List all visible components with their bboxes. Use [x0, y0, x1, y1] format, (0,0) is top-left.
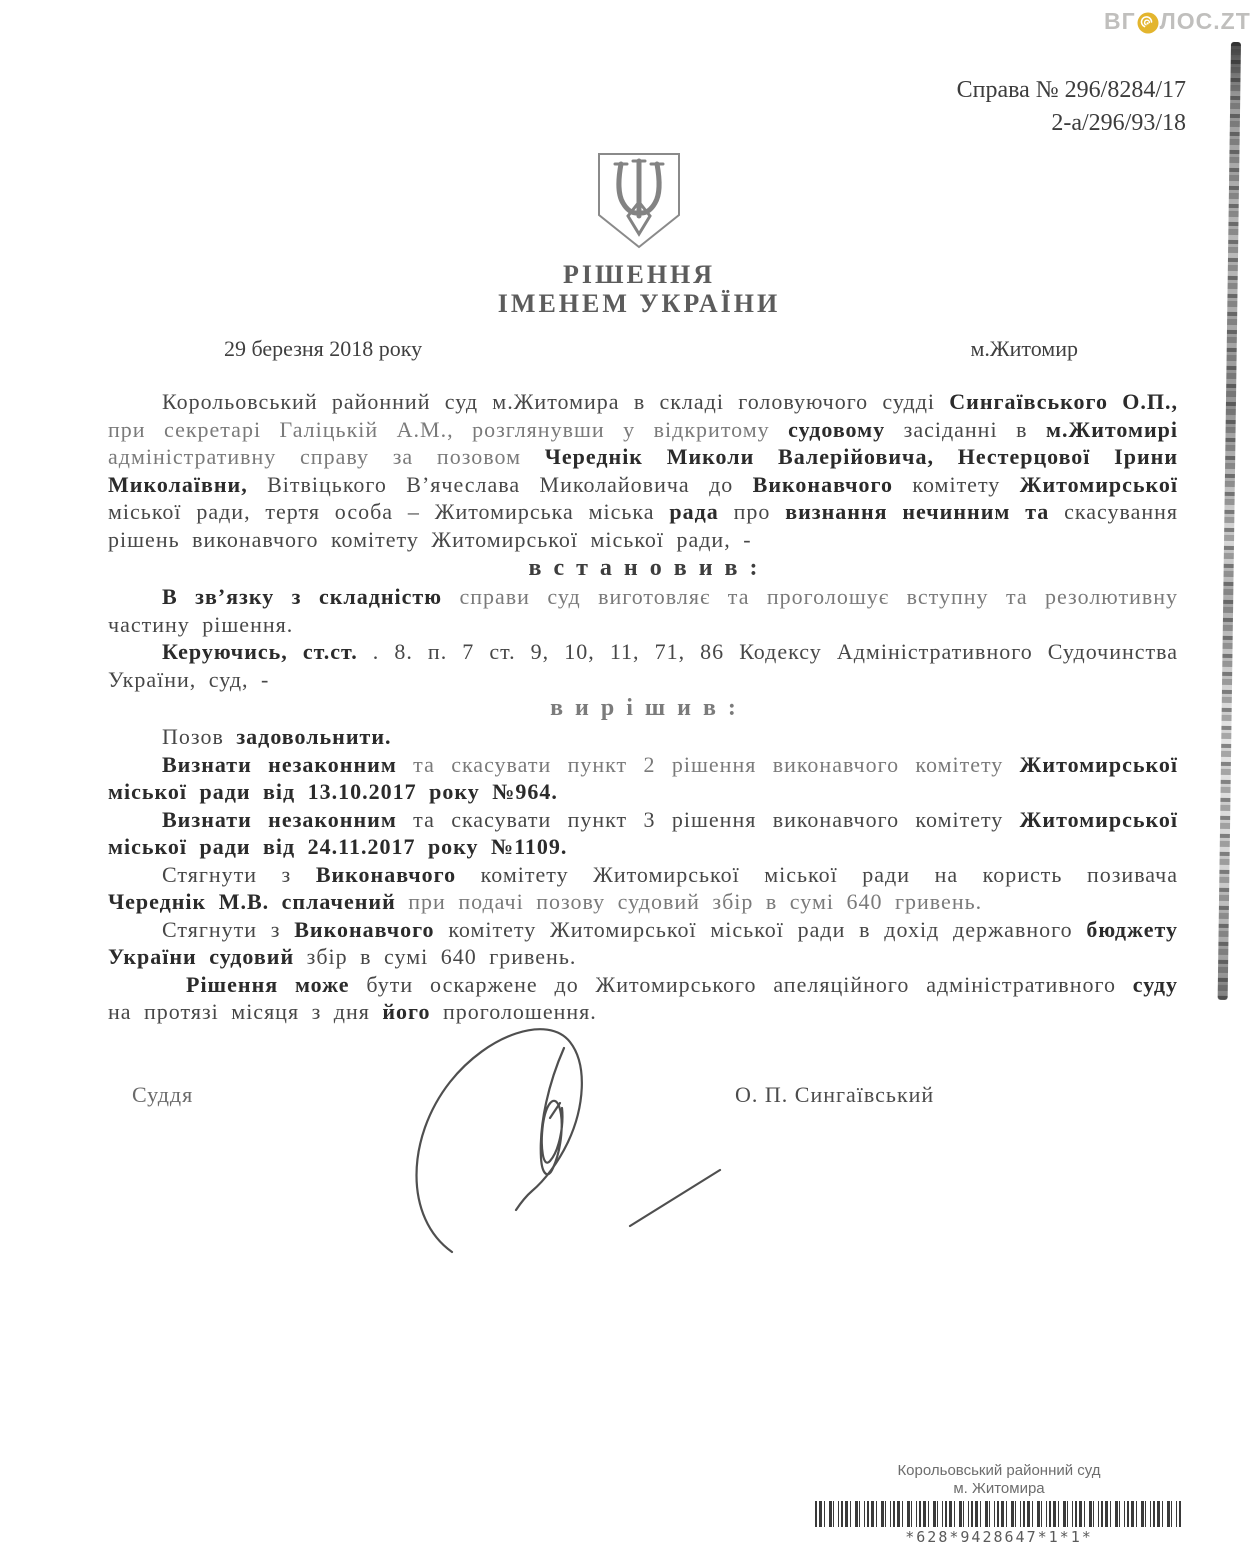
decision-point-4: Стягнути з Виконавчого комітету Житомирс… [108, 861, 1178, 916]
judge-signature [392, 1020, 722, 1260]
decision-point-5: Стягнути з Виконавчого комітету Житомирс… [108, 916, 1178, 971]
judge-name: О. П. Сингаївський [735, 1082, 934, 1108]
document-title-line1: РІШЕННЯ [22, 260, 1256, 289]
date-place-row: 29 березня 2018 року м.Житомир [108, 336, 1178, 362]
case-number-primary: Справа № 296/8284/17 [957, 74, 1186, 107]
vgolos-zt-watermark: ВГ ЛОС.ZT [1104, 8, 1251, 35]
footer-court-name: Корольовський районний суд [815, 1462, 1183, 1480]
emblem-block: РІШЕННЯ ІМЕНЕМ УКРАЇНИ [0, 150, 1256, 318]
decision-point-3: Визнати незаконним та скасувати пункт 3 … [108, 806, 1178, 861]
paragraph-legal-basis: Керуючись, ст.ст. . 8. п. 7 ст. 9, 10, 1… [108, 638, 1178, 693]
barcode [815, 1501, 1183, 1527]
paragraph-intro: Корольовський районний суд м.Житомира в … [108, 388, 1178, 553]
barcode-number: *628*9428647*1*1* [815, 1528, 1183, 1546]
scanned-court-decision-page: ВГ ЛОС.ZT Справа № 296/8284/17 2-а/296/9… [0, 0, 1256, 1568]
decision-date: 29 березня 2018 року [224, 336, 422, 362]
decision-point-2: Визнати незаконним та скасувати пункт 2 … [108, 751, 1178, 806]
court-stamp-footer: Корольовський районний суд м. Житомира *… [815, 1462, 1183, 1546]
decision-point-6: Рішення може бути оскаржене до Житомирсь… [108, 971, 1178, 1026]
paragraph-complexity: В зв’язку з складністю справи суд вигото… [108, 583, 1178, 638]
document-title-line2: ІМЕНЕМ УКРАЇНИ [22, 289, 1256, 318]
watermark-text-suffix: ЛОС.ZT [1160, 8, 1251, 35]
ukraine-coat-of-arms-icon [595, 150, 683, 252]
case-numbers: Справа № 296/8284/17 2-а/296/93/18 [957, 74, 1186, 140]
case-number-secondary: 2-а/296/93/18 [957, 107, 1186, 140]
judge-label: Суддя [132, 1082, 193, 1108]
decision-point-1: Позов задовольнити. [108, 723, 1178, 751]
footer-court-city: м. Житомира [815, 1480, 1183, 1498]
sound-wave-icon [1137, 12, 1159, 34]
document-body: 29 березня 2018 року м.Житомир Корольовс… [108, 336, 1178, 1026]
heading-vyrishyv: в и р і ш и в : [108, 694, 1178, 722]
decision-city: м.Житомир [970, 336, 1078, 362]
watermark-text-prefix: ВГ [1104, 8, 1136, 35]
heading-ustanovyv: в с т а н о в и в : [108, 554, 1178, 582]
